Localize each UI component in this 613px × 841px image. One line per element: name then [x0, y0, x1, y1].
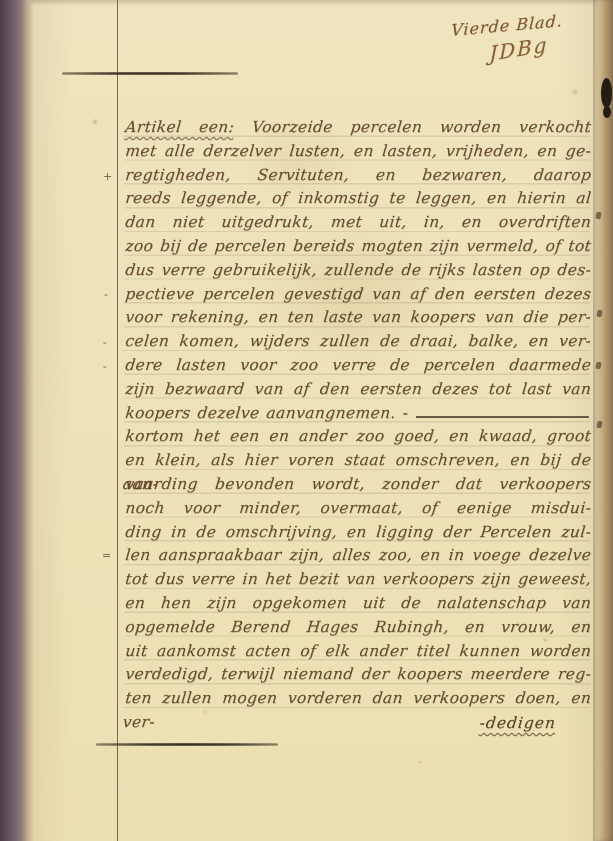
manuscript-page: Vierde Blad. JDBg + - - - = Artikel een:… [0, 0, 613, 841]
top-pen-rule [62, 72, 238, 75]
page-edge-stack [593, 0, 613, 841]
manuscript-line: voor rekening, en ten laste van koopers … [124, 306, 593, 330]
manuscript-line: kortom het een en ander zoo goed, en kwa… [124, 425, 593, 449]
bottom-pen-rule [96, 743, 278, 746]
catchword-text: -dedigen [479, 714, 557, 732]
manuscript-line: vaarding bevonden wordt, zonder dat verk… [124, 473, 593, 497]
article-heading: Artikel een: [124, 118, 235, 136]
ink-blot [601, 78, 612, 108]
margin-rule-line [117, 0, 118, 841]
manuscript-line: Artikel een: Voorzeide percelen worden v… [124, 116, 593, 140]
margin-tick: = [102, 551, 111, 561]
book-binding-edge [0, 0, 34, 841]
manuscript-line: ding in de omschrijving, en ligging der … [124, 521, 593, 545]
manuscript-line: met alle derzelver lusten, en lasten, vr… [124, 140, 593, 164]
margin-tick: - [104, 290, 108, 300]
manuscript-line: ten zullen mogen vorderen dan verkoopers… [124, 687, 593, 711]
manuscript-line: pectieve percelen gevestigd van af den e… [124, 283, 593, 307]
margin-tick: - [103, 362, 107, 372]
manuscript-line: celen komen, wijders zullen de draai, ba… [124, 330, 593, 354]
manuscript-line: zoo bij de percelen bereids mogten zijn … [124, 235, 593, 259]
manuscript-line: dere lasten voor zoo verre de percelen d… [124, 354, 593, 378]
manuscript-line: en hen zijn opgekomen uit de nalatenscha… [124, 592, 593, 616]
manuscript-line: en klein, als hier voren staat omschreve… [124, 449, 593, 473]
manuscript-line-text: koopers dezelve aanvangnemen. - [124, 402, 410, 426]
manuscript-line: opgemelde Berend Hages Rubingh, en vrouw… [124, 616, 593, 640]
manuscript-line: verdedigd, terwijl niemand der koopers m… [124, 663, 593, 687]
ink-blot [603, 106, 611, 118]
margin-tick: - [103, 338, 107, 348]
manuscript-line: tot dus verre in het bezit van verkooper… [124, 568, 593, 592]
margin-tick: + [103, 172, 112, 182]
manuscript-line: regtigheden, Servituten, en bezwaren, da… [124, 164, 593, 188]
catchword: -dedigen [123, 711, 592, 735]
manuscript-text-block: Artikel een: Voorzeide percelen worden v… [124, 116, 590, 711]
manuscript-line: dus verre gebruikelijk, zullende de rijk… [124, 259, 593, 283]
manuscript-line: koopers dezelve aanvangnemen. - [124, 402, 593, 426]
manuscript-line: len aanspraakbaar zijn, alles zoo, en in… [124, 544, 593, 568]
manuscript-line: dan niet uitgedrukt, met uit, in, en ove… [124, 211, 593, 235]
manuscript-line: uit aankomst acten of elk ander titel ku… [124, 640, 593, 664]
ink-rule [416, 416, 589, 418]
manuscript-line: zijn bezwaard van af den eersten dezes t… [124, 378, 593, 402]
manuscript-line-text: Voorzeide percelen worden verkocht [251, 118, 592, 136]
manuscript-line: noch voor minder, overmaat, of eenige mi… [124, 497, 593, 521]
manuscript-line: reeds leggende, of inkomstig te leggen, … [124, 187, 593, 211]
